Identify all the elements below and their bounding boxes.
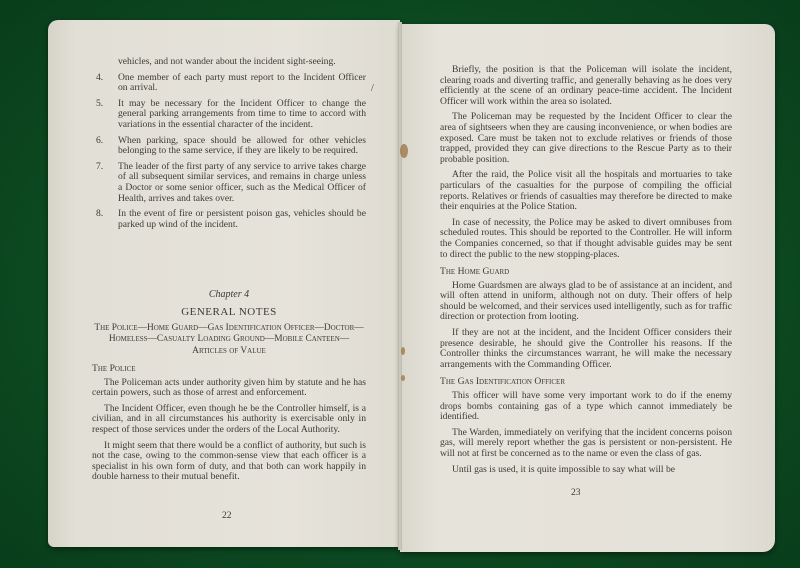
chapter-subjects: The Police—Home Guard—Gas Identification… — [92, 323, 366, 358]
left-page-text: vehicles, and not wander about the incid… — [92, 57, 366, 488]
paragraph: Until gas is used, it is quite impossibl… — [440, 465, 732, 476]
paragraph: Home Guardsmen are always glad to be of … — [440, 281, 732, 323]
section-heading: The Gas Identification Officer — [440, 377, 732, 388]
right-page-text: Briefly, the position is that the Police… — [440, 65, 732, 480]
pencil-mark: / — [371, 83, 374, 94]
paragraph: If they are not at the incident, and the… — [440, 328, 732, 370]
list-item: 6.When parking, space should be allowed … — [92, 136, 366, 157]
chapter-title: GENERAL NOTES — [92, 307, 366, 318]
list-item: 5.It may be necessary for the Incident O… — [92, 99, 366, 131]
paragraph: Briefly, the position is that the Police… — [440, 65, 732, 107]
section-heading: The Home Guard — [440, 267, 732, 278]
list-continuation: vehicles, and not wander about the incid… — [92, 57, 366, 68]
chapter-label: Chapter 4 — [92, 290, 366, 301]
paragraph: The Policeman may be requested by the In… — [440, 112, 732, 165]
booklet-spine — [398, 22, 402, 550]
section-heading: The Police — [92, 364, 366, 375]
paragraph: The Policeman acts under authority given… — [92, 378, 366, 399]
paragraph: The Incident Officer, even though he be … — [92, 404, 366, 436]
stain-mark — [401, 375, 405, 381]
page-number: 23 — [571, 487, 581, 498]
paragraph: In case of necessity, the Police may be … — [440, 218, 732, 260]
paragraph: This officer will have some very importa… — [440, 391, 732, 423]
stain-mark — [401, 347, 405, 355]
list-item: 7.The leader of the first party of any s… — [92, 162, 366, 204]
paragraph: The Warden, immediately on verifying tha… — [440, 428, 732, 460]
paragraph: It might seem that there would be a conf… — [92, 441, 366, 483]
stain-mark — [400, 144, 408, 158]
paragraph: After the raid, the Police visit all the… — [440, 170, 732, 212]
page-number: 22 — [222, 510, 232, 521]
list-item: 4.One member of each party must report t… — [92, 73, 366, 94]
list-item: 8.In the event of fire or persistent poi… — [92, 209, 366, 230]
